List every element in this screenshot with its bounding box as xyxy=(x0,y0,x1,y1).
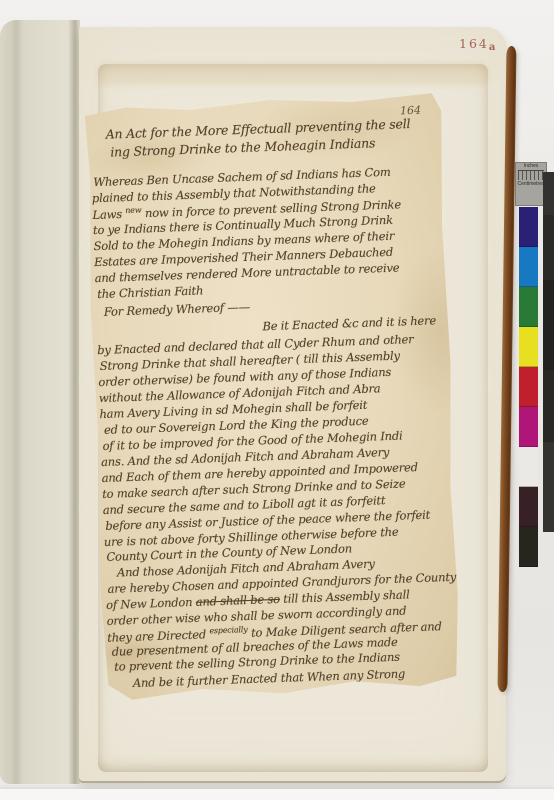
ruler-centimetres-label: Centimetres xyxy=(516,181,546,187)
manuscript: 164 An Act for the More Effectuall preve… xyxy=(83,93,464,703)
color-bar xyxy=(519,207,538,567)
color-patch-navy xyxy=(519,207,538,247)
table-surface xyxy=(0,789,554,800)
folio-stamp: 164a xyxy=(459,36,495,53)
manuscript-line: the Christian Faith xyxy=(97,283,203,301)
book-gutter-page-edges xyxy=(0,20,80,784)
color-patch-yellow xyxy=(519,327,538,367)
color-patch-magenta xyxy=(519,407,538,447)
manuscript-line: Be it Enacted &c and it is here xyxy=(262,313,436,333)
color-patch-white xyxy=(519,447,538,487)
manuscript-line: For Remedy Whereof —— xyxy=(104,300,250,319)
ruler-ticks xyxy=(518,170,544,180)
folio-stamp-number: 164 xyxy=(459,36,489,51)
ruler-inches-label: Inches xyxy=(516,163,546,169)
color-patch-maroon xyxy=(519,487,538,527)
folio-stamp-suffix: a xyxy=(489,42,495,53)
color-patch-blue xyxy=(519,247,538,287)
color-patch-black xyxy=(519,527,538,567)
grayscale-strip xyxy=(543,172,554,532)
color-patch-red xyxy=(519,367,538,407)
color-patch-green xyxy=(519,287,538,327)
photographed-book-scene: 164a 164 An Act for the More Effectuall … xyxy=(0,0,554,800)
